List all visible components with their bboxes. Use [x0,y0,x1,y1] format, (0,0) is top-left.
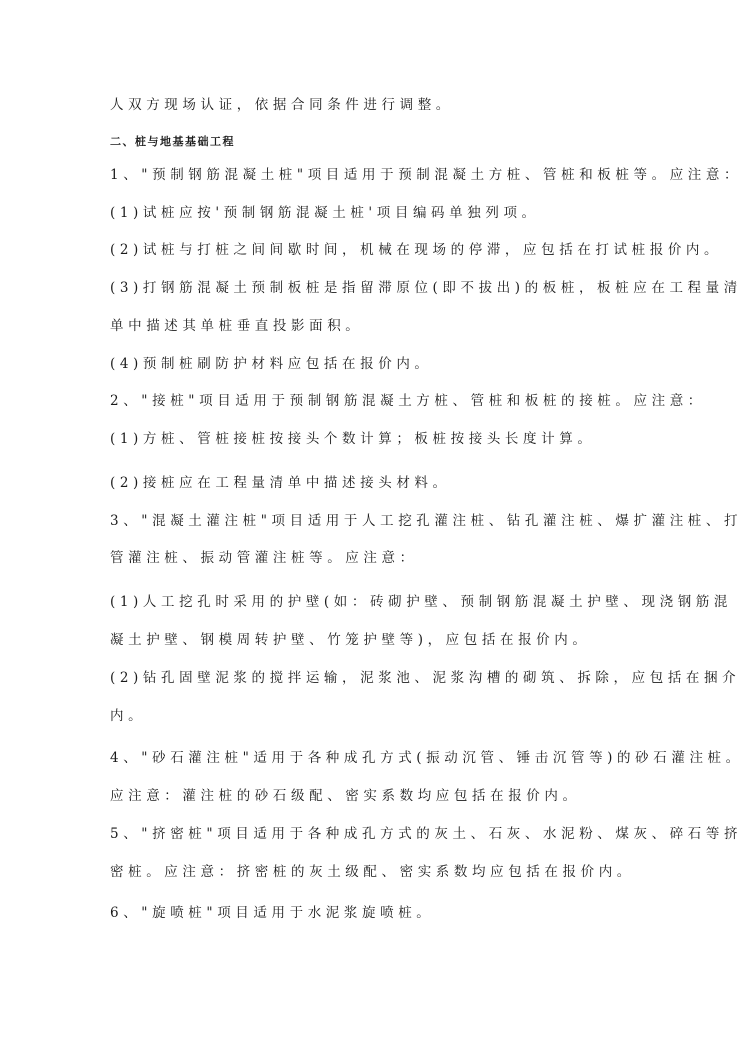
paragraph-line: (2)试桩与打桩之间间歇时间，机械在现场的停滞，应包括在打试桩报价内。 [110,241,722,259]
paragraph-line: (4)预制桩刷防护材料应包括在报价内。 [110,355,433,373]
document-page: 人双方现场认证，依据合同条件进行调整。 二、桩与地基基础工程 1、"预制钢筋混凝… [0,0,744,1052]
paragraph-line: (1)方桩、管桩接桩按接头个数计算；板桩按接头长度计算。 [110,430,595,448]
paragraph-line: 4、"砂石灌注桩"适用于各种成孔方式(振动沉管、锤击沉管等)的砂石灌注桩。 [110,749,744,767]
paragraph-line: 1、"预制钢筋混凝土桩"项目适用于预制混凝土方桩、管桩和板桩等。应注意： [110,166,742,184]
paragraph-line: 凝土护壁、钢模周转护壁、竹笼护壁等)，应包括在报价内。 [110,631,590,649]
paragraph-line: (2)接桩应在工程量清单中描述接头材料。 [110,474,451,492]
paragraph-line: 单中描述其单桩垂直投影面积。 [110,317,363,335]
paragraph-line: 内。 [110,707,146,725]
paragraph-line: 5、"挤密桩"项目适用于各种成孔方式的灰土、石灰、水泥粉、煤灰、碎石等挤 [110,825,742,843]
paragraph-line: 6、"旋喷桩"项目适用于水泥浆旋喷桩。 [110,904,434,922]
paragraph-line: (3)打钢筋混凝土预制板桩是指留滞原位(即不拔出)的板桩，板桩应在工程量清 [110,279,742,297]
paragraph-line: (1)人工挖孔时采用的护壁(如：砖砌护壁、预制钢筋混凝土护壁、现浇钢筋混 [110,593,732,611]
paragraph-line: 密桩。应注意：挤密桩的灰土级配、密实系数均应包括在报价内。 [110,863,635,881]
paragraph-line: (2)钻孔固壁泥浆的搅拌运输，泥浆池、泥浆沟槽的砌筑、拆除，应包括在捆介 [110,669,740,687]
paragraph-line: 3、"混凝土灌注桩"项目适用于人工挖孔灌注桩、钻孔灌注桩、爆扩灌注桩、打 [110,512,742,530]
paragraph-line: 人双方现场认证，依据合同条件进行调整。 [110,96,454,114]
section-heading: 二、桩与地基基础工程 [110,133,235,151]
paragraph-line: 2、"接桩"项目适用于预制钢筋混凝土方桩、管桩和板桩的接桩。应注意： [110,392,706,410]
paragraph-line: 管灌注桩、振动管灌注桩等。应注意： [110,549,418,567]
paragraph-line: (1)试桩应按'预制钢筋混凝土桩'项目编码单独列项。 [110,204,540,222]
paragraph-line: 应注意：灌注桩的砂石级配、密实系数均应包括在报价内。 [110,787,581,805]
